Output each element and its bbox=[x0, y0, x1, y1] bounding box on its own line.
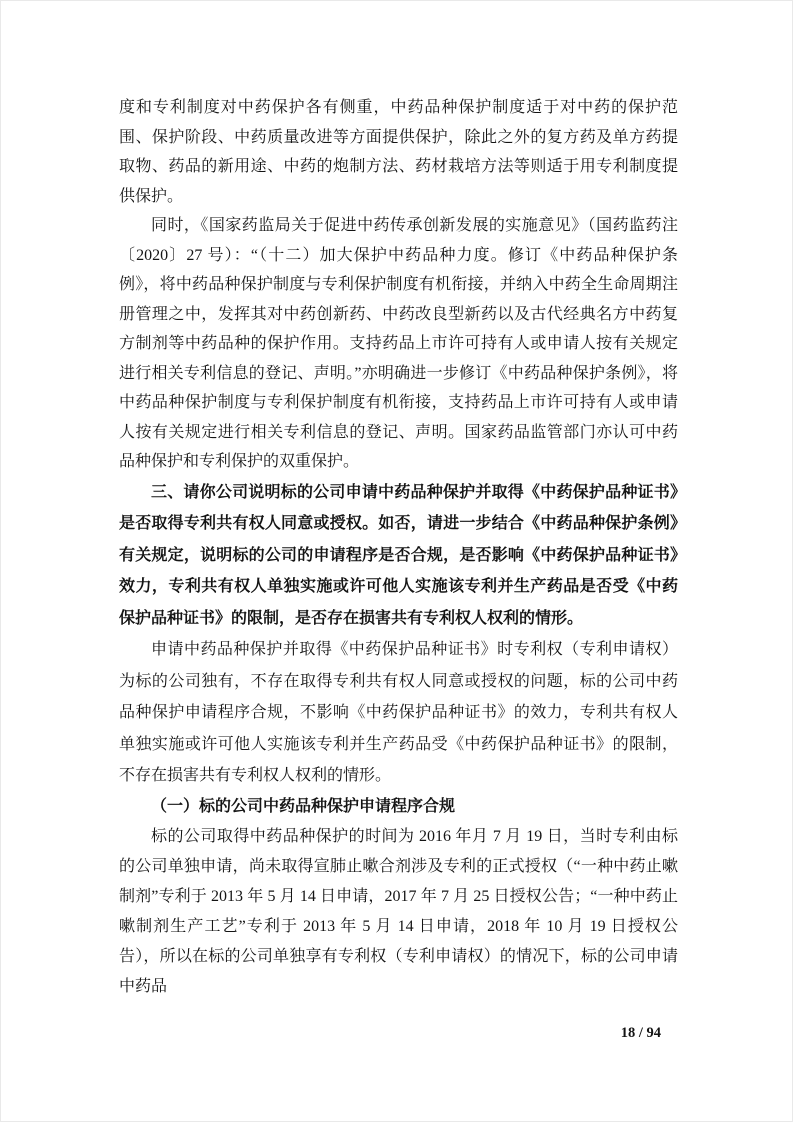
paragraph-continuation: 度和专利制度对中药保护各有侧重，中药品种保护制度适于对中药的保护范围、保护阶段、… bbox=[119, 93, 678, 211]
document-page: 度和专利制度对中药保护各有侧重，中药品种保护制度适于对中药的保护范围、保护阶段、… bbox=[0, 0, 793, 1122]
paragraph-reply-summary: 申请中药品种保护并取得《中药保护品种证书》时专利权（专利申请权）为标的公司独有，… bbox=[119, 634, 678, 792]
section-heading-question-3: 三、请你公司说明标的公司申请中药品种保护并取得《中药保护品种证书》是否取得专利共… bbox=[119, 477, 678, 635]
paragraph-detail: 标的公司取得中药品种保护的时间为 2016 年月 7 月 19 日，当时专利由标… bbox=[119, 822, 678, 1002]
subsection-heading-1: （一）标的公司中药品种保护申请程序合规 bbox=[119, 792, 678, 822]
paragraph-policy-quote: 同时，《国家药监局关于促进中药传承创新发展的实施意见》（国药监药注〔2020〕2… bbox=[119, 211, 678, 477]
document-text-block: 度和专利制度对中药保护各有侧重，中药品种保护制度适于对中药的保护范围、保护阶段、… bbox=[119, 93, 678, 1002]
page-number: 18 / 94 bbox=[621, 1025, 661, 1042]
